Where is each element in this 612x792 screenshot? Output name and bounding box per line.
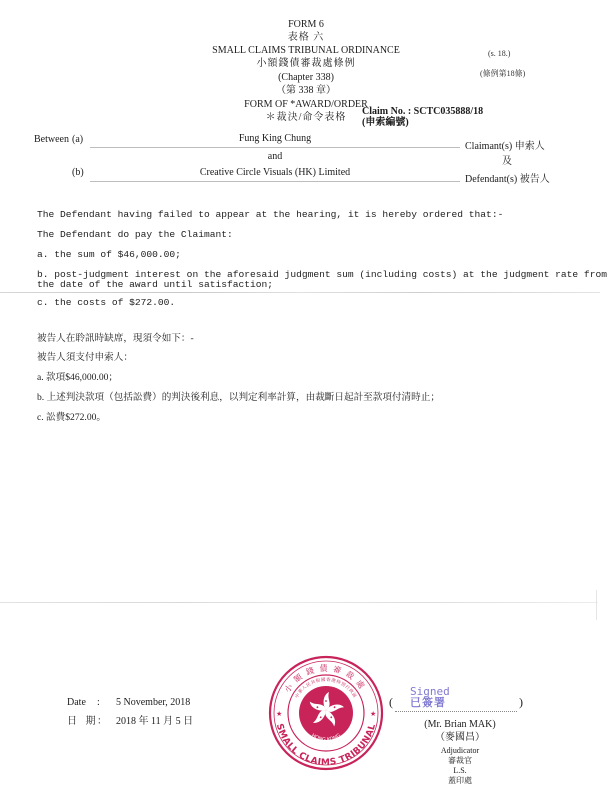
adjudicator-name-cn: （麥國昌） <box>400 732 520 744</box>
order-item-a-cn: a. 款項$46,000.00； <box>37 369 118 383</box>
seal-star-left: ★ <box>276 710 282 718</box>
order-item-b-line2-en: the date of the award until satisfaction… <box>37 279 273 290</box>
adjudicator-title-cn: 審裁官 <box>400 756 520 766</box>
signature-paren-open: ( <box>389 695 393 710</box>
claimant-line <box>90 147 460 148</box>
form-number-cn: 表格 六 <box>206 31 406 44</box>
order-intro-en: The Defendant having failed to appear at… <box>37 209 503 220</box>
signed-stamp-cn: 已簽署 <box>410 697 450 708</box>
scan-artifact-line-lower <box>0 602 598 603</box>
scan-artifact-edge <box>596 590 597 620</box>
between-label: Between <box>34 134 69 145</box>
scan-artifact-line <box>0 292 600 293</box>
chapter: (Chapter 338) <box>206 71 406 84</box>
party-b-label: (b) <box>72 167 84 178</box>
date-colon-cn: ： <box>97 712 107 727</box>
ls-label-cn: 蓋印處 <box>400 776 520 786</box>
defendant-name: Creative Circle Visuals (HK) Limited <box>90 167 460 178</box>
claimant-role: Claimant(s) 申索人 <box>465 137 545 152</box>
date-label-cn: 日 期 <box>67 712 99 727</box>
seal-star-right: ★ <box>370 710 376 718</box>
adjudicator-title: Adjudicator <box>400 746 520 756</box>
order-item-b-cn: b. 上述判決款項（包括訟費）的判決後利息，以判定利率計算，由裁斷日起計至款項付… <box>37 389 440 403</box>
section-ref-cn: (條例第18條) <box>480 68 525 79</box>
date-colon: : <box>97 697 100 708</box>
date-value-cn: 2018 年 11 月 5 日 <box>116 712 193 727</box>
signature-paren-close: ) <box>519 695 523 710</box>
order-item-c-cn: c. 訟費$272.00。 <box>37 409 106 423</box>
date-value: 5 November, 2018 <box>116 697 190 708</box>
claim-value: SCTC035888/18 <box>414 106 483 117</box>
party-a-label: (a) <box>72 134 83 145</box>
ls-label: L.S. <box>400 766 520 776</box>
ordinance-title: SMALL CLAIMS TRIBUNAL ORDINANCE <box>176 44 436 57</box>
ordinance-title-cn: 小額錢債審裁處條例 <box>206 57 406 70</box>
claimant-name: Fung King Chung <box>90 133 460 144</box>
claim-number: Claim No. : SCTC035888/18 <box>362 106 483 117</box>
section-ref: (s. 18.) <box>488 49 510 58</box>
date-label: Date <box>67 697 86 708</box>
defendant-role: Defendant(s) 被告人 <box>465 170 550 185</box>
signed-stamp: Signed 已簽署 <box>410 686 450 708</box>
order-item-a-en: a. the sum of $46,000.00; <box>37 249 181 260</box>
signature-line <box>395 711 517 712</box>
and-label-cn: 及 <box>502 152 512 167</box>
claim-label: Claim No. : <box>362 106 411 117</box>
order-pay-cn: 被告人須支付申索人： <box>37 349 133 363</box>
form-number: FORM 6 <box>206 18 406 31</box>
and-label: and <box>90 151 460 162</box>
order-item-c-en: c. the costs of $272.00. <box>37 297 175 308</box>
order-intro-cn: 被告人在聆訊時缺席，現須令如下：- <box>37 330 194 344</box>
defendant-line <box>90 181 460 182</box>
claim-label-cn: (申索編號) <box>362 117 409 128</box>
adjudicator-name: (Mr. Brian MAK) <box>400 719 520 731</box>
order-pay-en: The Defendant do pay the Claimant: <box>37 229 233 240</box>
chapter-cn: （第 338 章） <box>206 84 406 97</box>
tribunal-seal: 小額錢債審裁處 中華人民共和國香港特別行政區 SMALL CLAIMS TRIB… <box>266 653 386 773</box>
